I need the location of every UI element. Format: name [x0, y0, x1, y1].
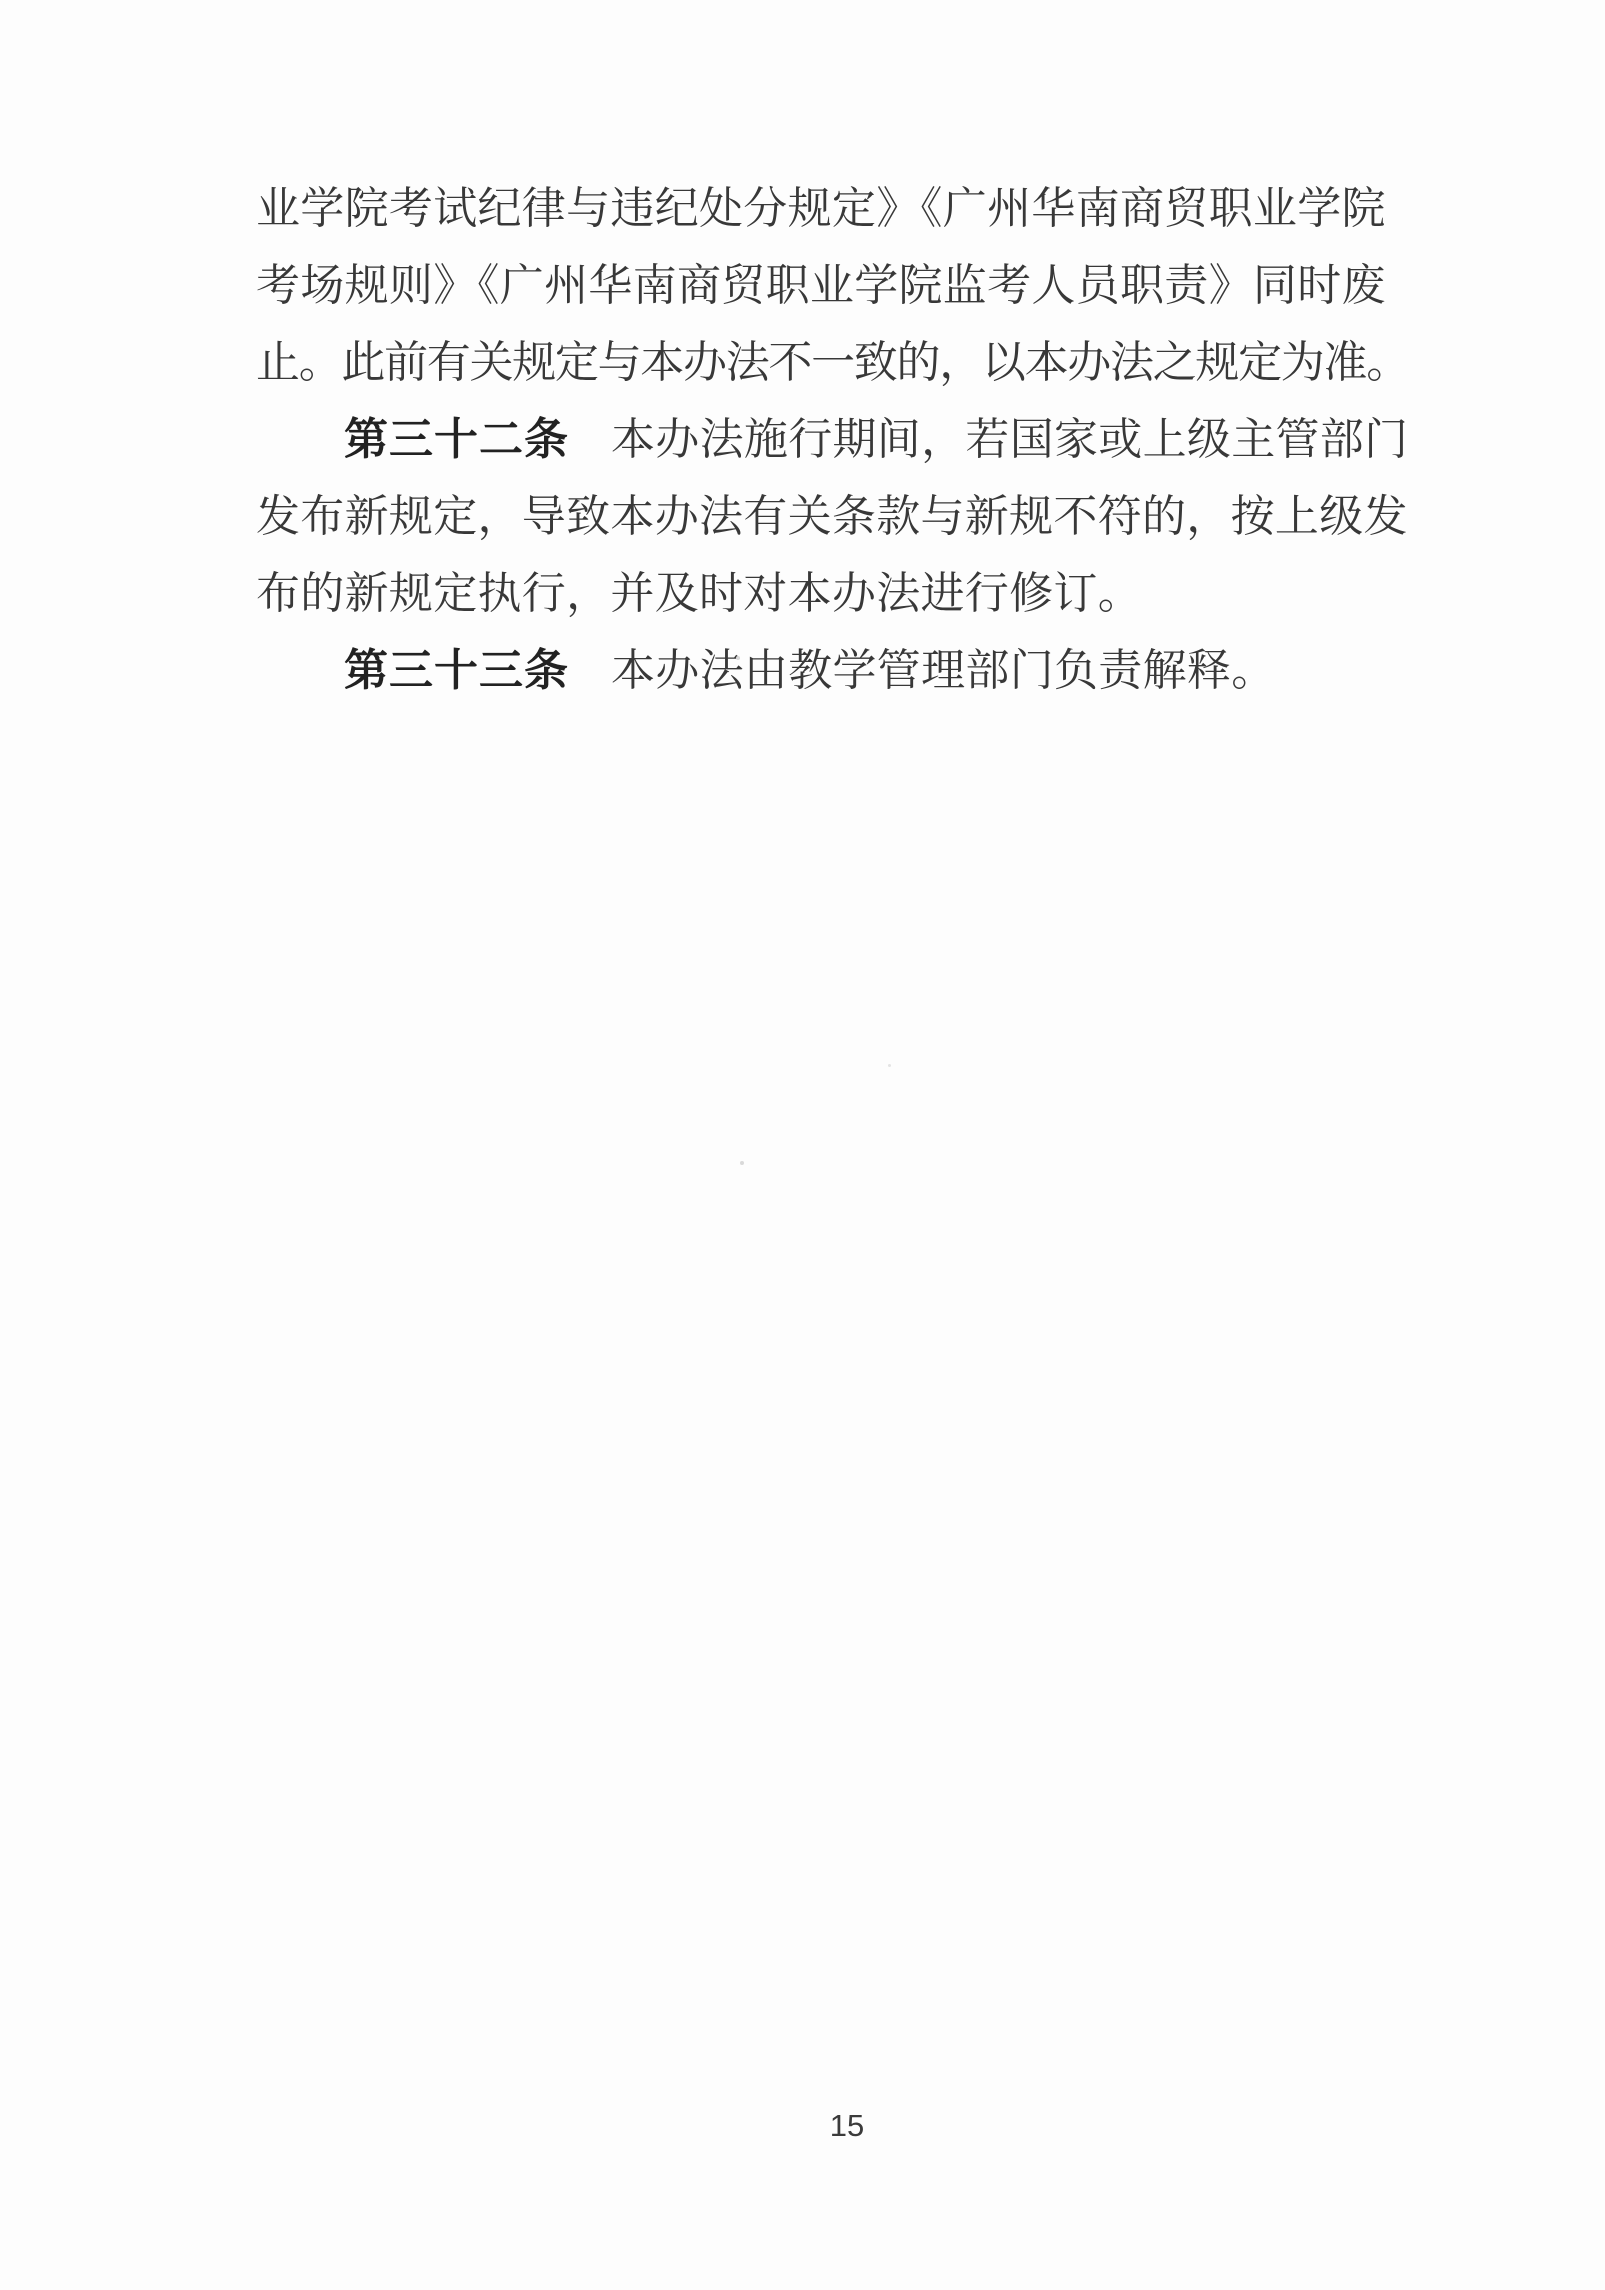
body-text-line-2: 考场规则》《广州华南商贸职业学院监考人员职责》同时废 [256, 247, 1416, 324]
scan-speck [888, 1064, 891, 1067]
line-text: 止。此前有关规定与本办法不一致的，以本办法之规定为准。 [256, 338, 1409, 387]
document-body: 业学院考试纪律与违纪处分规定》《广州华南商贸职业学院 考场规则》《广州华南商贸职… [256, 170, 1416, 709]
body-text-line-6: 布的新规定执行，并及时对本办法进行修订。 [256, 555, 1416, 632]
line-text: 发布新规定，导致本办法有关条款与新规不符的，按上级发 [256, 492, 1408, 541]
document-page: 业学院考试纪律与违纪处分规定》《广州华南商贸职业学院 考场规则》《广州华南商贸职… [0, 0, 1605, 2290]
scan-speck [736, 656, 740, 660]
article-heading-32: 第三十二条 [344, 415, 569, 464]
scan-speck [740, 1161, 744, 1165]
body-text-line-7: 第三十三条本办法由教学管理部门负责解释。 [256, 632, 1416, 709]
page-number: 15 [787, 2108, 907, 2144]
article-heading-33: 第三十三条 [344, 646, 569, 695]
line-text: 业学院考试纪律与违纪处分规定》《广州华南商贸职业学院 [256, 184, 1386, 233]
line-text: 本办法由教学管理部门负责解释。 [611, 646, 1276, 695]
body-text-line-1: 业学院考试纪律与违纪处分规定》《广州华南商贸职业学院 [256, 170, 1416, 247]
line-text: 考场规则》《广州华南商贸职业学院监考人员职责》同时废 [256, 261, 1386, 310]
body-text-line-4: 第三十二条本办法施行期间，若国家或上级主管部门 [256, 401, 1416, 478]
line-text: 本办法施行期间，若国家或上级主管部门 [611, 415, 1408, 464]
body-text-line-3: 止。此前有关规定与本办法不一致的，以本办法之规定为准。 [256, 324, 1416, 401]
line-text: 布的新规定执行，并及时对本办法进行修订。 [256, 569, 1142, 618]
body-text-line-5: 发布新规定，导致本办法有关条款与新规不符的，按上级发 [256, 478, 1416, 555]
